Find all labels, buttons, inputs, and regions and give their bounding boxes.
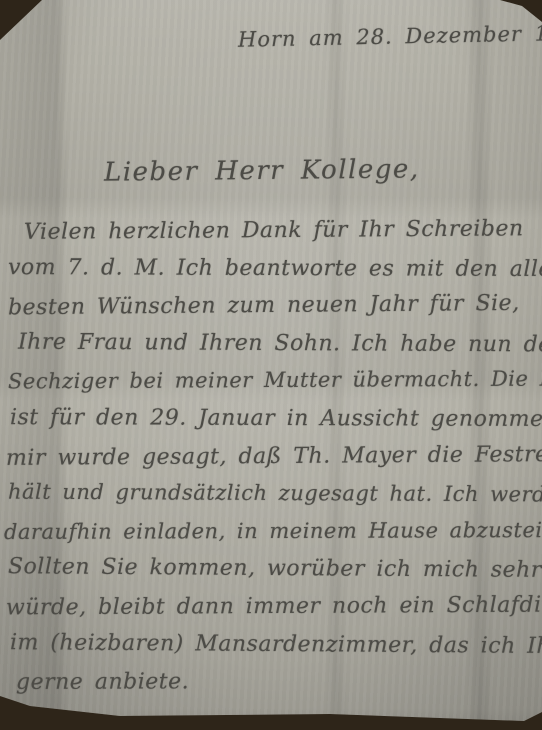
letter-line: im (heizbaren) Mansardenzimmer, das ich … (10, 624, 542, 665)
letter-line: Sechziger bei meiner Mutter übermacht. D… (8, 361, 542, 401)
letter-paper-sheet: Horn am 28. Dezember 1938. Lieber Herr K… (0, 0, 542, 730)
letter-line: Ihre Frau und Ihren Sohn. Ich habe nun d… (18, 323, 542, 363)
letter-line: vom 7. d. M. Ich beantworte es mit den a… (8, 249, 542, 288)
letter-line: gerne anbiete. (16, 662, 542, 701)
letter-photo: Horn am 28. Dezember 1938. Lieber Herr K… (0, 0, 542, 730)
letter-line: besten Wünschen zum neuen Jahr für Sie, (8, 285, 542, 327)
letter-dateline: Horn am 28. Dezember 1938. (238, 20, 542, 52)
letter-line: hält und grundsätzlich zugesagt hat. Ich… (8, 474, 542, 514)
letter-line: mir wurde gesagt, daß Th. Mayer die Fest… (6, 436, 542, 477)
letter-line: daraufhin einladen, in meinem Hause abzu… (4, 512, 542, 551)
letter-line: Vielen herzlichen Dank für Ihr Schreiben (24, 210, 542, 251)
letter-line: ist für den 29. Januar in Aussicht genom… (10, 399, 542, 438)
letter-body: Vielen herzlichen Dank für Ihr Schreiben… (8, 212, 542, 701)
letter-line: würde, bleibt dann immer noch ein Schlaf… (6, 587, 542, 627)
letter-line: Sollten Sie kommen, worüber ich mich seh… (8, 548, 542, 589)
letter-salutation: Lieber Herr Kollege, (104, 154, 420, 187)
